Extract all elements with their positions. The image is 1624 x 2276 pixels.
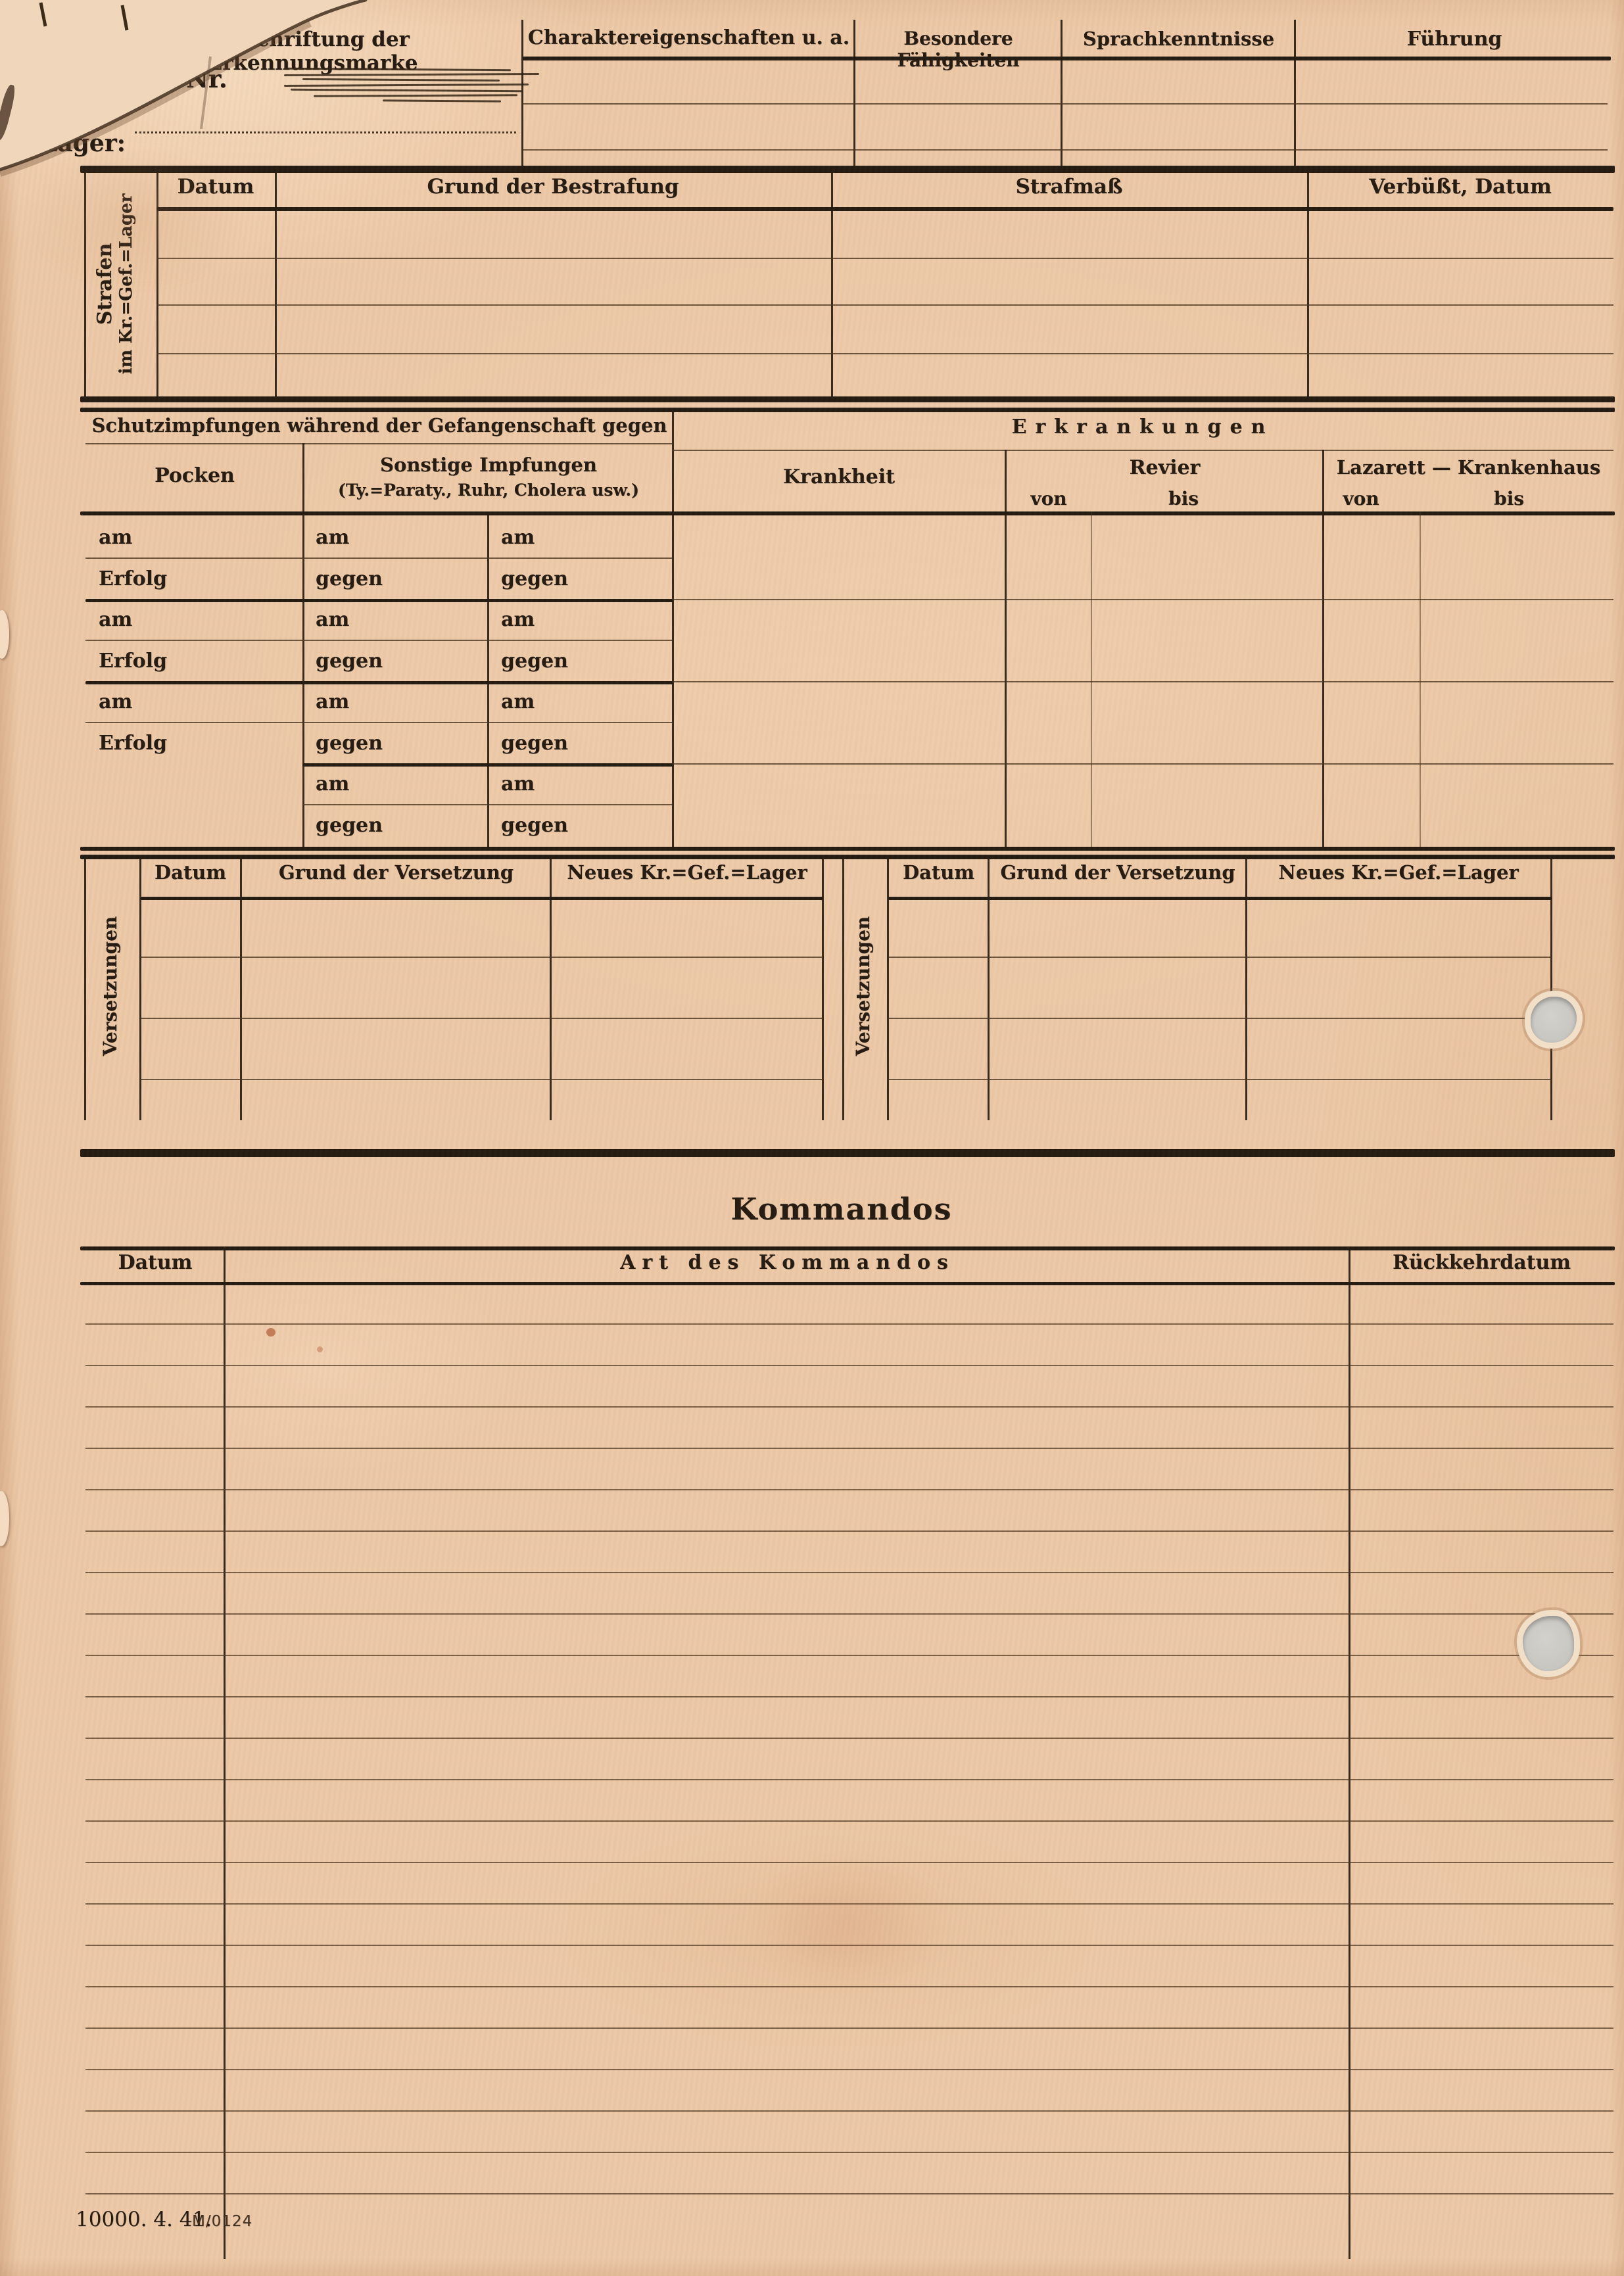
rule-line [156,207,1613,211]
strafen-strafmass-header: Strafmaß [831,175,1307,199]
erfolg-label: Erfolg [99,567,167,590]
kommandos-ruled-rows [85,1283,1613,2197]
rule-line [80,1246,1615,1250]
column-line [1307,166,1309,402]
rule-line [302,763,673,767]
krankheit-header: Krankheit [672,465,1006,488]
pocken-header: Pocken [85,464,304,487]
versetzungen-grund-header: Grund der Versetzung [989,861,1247,884]
rule-line [523,57,1611,60]
column-line [988,855,990,1120]
rule-line [85,557,672,559]
torn-corner [0,0,375,178]
column-line [1005,450,1007,848]
faehigkeiten-header: Besondere Fähigkeiten [855,28,1062,71]
sonstige-header-line1: Sonstige Impfungen [304,454,673,476]
revier-von-label: von [1009,488,1088,510]
am-label: am [501,526,535,549]
rule-line [672,450,1613,451]
rule-line [523,103,1608,105]
gegen-label: gegen [501,567,568,590]
strafen-verbuesst-header: Verbüßt, Datum [1307,175,1613,199]
versetzungen-neues-lager-header: Neues Kr.=Gef.=Lager [1247,861,1550,884]
pow-personnel-card-back: Beschriftung der Erkennungsmarke Nr. Lag… [0,0,1624,2276]
edge-tear [0,1491,9,1546]
scribble-line [383,99,501,102]
revier-bis-label: bis [1124,488,1243,510]
am-label: am [316,690,349,713]
erfolg-label: Erfolg [99,732,167,755]
versetzungen-datum-header: Datum [888,861,989,884]
strafen-side-label-line2: im Kr.=Gef.=Lager [117,185,137,383]
gegen-label: gegen [316,567,383,590]
strafen-side-label: Strafen im Kr.=Gef.=Lager [94,185,147,383]
fuehrung-header: Führung [1295,28,1613,51]
column-line [853,20,855,167]
gegen-label: gegen [501,814,568,837]
rule-line [85,599,673,602]
am-label: am [501,608,535,631]
versetzungen-side-label: Versetzungen [100,888,126,1085]
column-line [887,855,889,1120]
revier-header: Revier [1006,456,1324,479]
column-line [302,443,304,848]
punch-hole-bottom [1523,1616,1574,1671]
am-label: am [316,526,349,549]
sprachen-header: Sprachkenntnisse [1062,28,1295,50]
impfungen-heading: Schutzimpfungen während der Gefangenscha… [85,414,673,437]
am-label: am [501,690,535,713]
strafen-grund-header: Grund der Bestrafung [275,175,831,199]
column-line [240,855,242,1120]
kommandos-title: Kommandos [85,1191,1598,1227]
column-line [822,855,824,1120]
lazarett-header: Lazarett — Krankenhaus [1324,456,1613,479]
column-line [1420,511,1421,848]
charakter-header: Charaktereigenschaften u. a. [523,26,855,49]
sonstige-header-line2: (Ty.=Paraty., Ruhr, Cholera usw.) [304,481,673,500]
rule-line [888,897,1552,900]
punch-hole-top [1531,997,1577,1043]
column-line [550,855,552,1120]
kommandos-rueckkehr-header: Rückkehrdatum [1350,1251,1613,1274]
column-line [521,20,523,167]
column-line [1322,450,1324,848]
rule-line [302,804,672,805]
edge-tear [0,610,9,659]
kommandos-datum-header: Datum [85,1251,225,1274]
column-line [831,166,833,402]
versetzungen-side-label: Versetzungen [853,888,879,1085]
rule-line [85,443,672,444]
rule-line [888,1018,1552,1019]
am-label: am [99,608,132,631]
strafen-datum-header: Datum [156,175,275,199]
imprint-number: 10000. 4. 41. [76,2208,212,2231]
rule-line [523,149,1608,151]
gegen-label: gegen [501,650,568,673]
rule-line [672,681,1613,682]
column-line [84,855,86,1120]
rule-line [888,1079,1552,1080]
erkrankungen-heading: Erkrankungen [672,415,1613,439]
column-line [842,855,844,1120]
am-label: am [99,526,132,549]
rule-line [672,763,1613,765]
gegen-label: gegen [316,650,383,673]
rule-line [888,957,1552,958]
am-label: am [316,772,349,795]
section-divider [80,1149,1615,1157]
column-line [1550,855,1552,1120]
column-line [1091,511,1092,848]
rule-line [156,353,1613,354]
rule-line [141,1018,823,1019]
rule-line [80,511,1615,515]
imprint-code: M/0124 [192,2213,252,2230]
rule-line [141,1079,823,1080]
rule-line [141,897,823,900]
rule-line [80,855,1615,859]
lazarett-bis-label: bis [1453,488,1565,510]
rule-line [80,847,1615,851]
strafen-side-label-line1: Strafen [94,185,117,383]
column-line [487,511,489,848]
rule-line [80,408,1615,412]
am-label: am [99,690,132,713]
rule-line [141,957,823,958]
column-line [1294,20,1296,167]
rule-line [85,722,672,723]
kommandos-art-header: Art des Kommandos [225,1251,1350,1274]
rule-line [85,681,673,684]
am-label: am [501,772,535,795]
column-line [156,166,158,402]
rule-line [80,396,1615,402]
am-label: am [316,608,349,631]
rule-line [156,258,1613,259]
lazarett-von-label: von [1328,488,1394,510]
versetzungen-grund-header: Grund der Versetzung [241,861,551,884]
column-line [1061,20,1063,167]
versetzungen-datum-header: Datum [141,861,240,884]
column-line [139,855,141,1120]
column-line [84,166,86,402]
gegen-label: gegen [501,732,568,755]
versetzungen-neues-lager-header: Neues Kr.=Gef.=Lager [551,861,823,884]
erfolg-label: Erfolg [99,650,167,673]
column-line [1245,855,1247,1120]
rule-line [85,640,672,641]
rule-line [672,599,1613,600]
gegen-label: gegen [316,814,383,837]
rule-line [156,304,1613,306]
gegen-label: gegen [316,732,383,755]
column-line [275,166,277,402]
